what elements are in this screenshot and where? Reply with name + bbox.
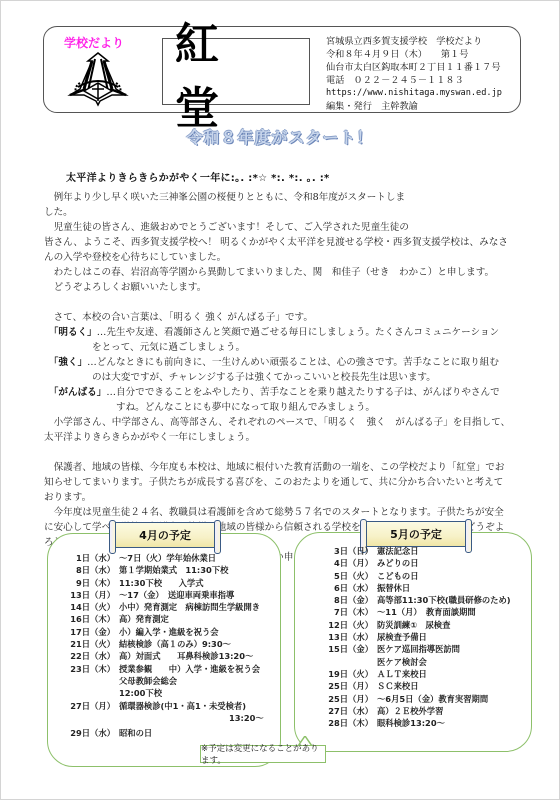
event-row: 27日（月）循環器検診(中1・高1・未受検者) — [62, 700, 264, 712]
april-schedule-title: 4月の予定 — [112, 522, 218, 548]
event-row: -父母教師会総会 — [62, 675, 264, 687]
motto-key: 「がんばる」 — [49, 387, 107, 398]
event-row: 9日（木）11:30下校 入学式 — [62, 577, 264, 589]
school-url-link[interactable]: https://www.nishitaga.myswan.ed.jp — [326, 87, 502, 100]
april-event-list: 1日（水）～7日（火）学年始休業日 8日（水）第１学期始業式 11:30下校 9… — [62, 552, 264, 739]
may-schedule-title: 5月の予定 — [363, 521, 469, 547]
newsletter-title-box: 紅 堂 — [162, 38, 310, 105]
paragraph: 例年より少し早く咲いた三神峯公園の桜便りとともに、令和8年度がスタートしま — [44, 190, 520, 205]
event-row: 23日（木）授業参観 中）入学・進級を祝う会 — [62, 663, 264, 675]
event-row: 29日（水）昭和の日 — [62, 727, 264, 739]
newsletter-title: 紅 堂 — [163, 8, 309, 136]
event-row: 13日（月）～17（金） 送迎車両乗車指導 — [62, 589, 264, 601]
paragraph: わたしはこの春、岩沼高等学園から異動してまいりました、関 和佳子（せき わかこ）… — [44, 265, 520, 280]
event-row: 27日（水）高）２Ｅ校外学習 — [317, 705, 511, 717]
event-row: 8日（水）第１学期始業式 11:30下校 — [62, 564, 264, 576]
motto-item: 「強く」…どんなときにも前向きに、一生けんめい頑張ることは、心の強さです。苦手な… — [44, 355, 520, 370]
event-row: -医ケア検討会 — [317, 656, 511, 668]
article-body: 例年より少し早く咲いた三神峯公園の桜便りとともに、令和8年度がスタートしま した… — [44, 190, 520, 565]
event-row: -13:20～ — [62, 712, 264, 724]
school-address: 仙台市太白区鈎取本町２丁目１１番１７号 — [326, 61, 502, 74]
event-row: 8日（金）高等部11:30下校(職員研修のため) — [317, 594, 511, 606]
issue-date: 令和８年４月９日（木） 第１号 — [326, 48, 502, 61]
motto-item: 「明るく」…先生や友達、看護師さんと笑顔で過ごせる毎日にしましょう。たくさんコミ… — [44, 325, 520, 340]
motto-intro: さて、本校の合い言葉は、「明るく 強く がんばる子」です。 — [44, 310, 520, 325]
event-row: 16日（木）高）発育測定 — [62, 613, 264, 625]
motto-key: 「明るく」 — [49, 327, 97, 338]
subheadline: 太平洋よりきらきらかがやく一年に:｡. :*☆ *:. *:. ｡. :* — [66, 169, 330, 184]
school-emblem-icon — [66, 49, 130, 107]
motto-item-cont: をとって、元気に過ごしましょう。 — [44, 340, 520, 355]
paragraph: 知らせしてまいります。子供たちが成長する喜びを、このおたよりを通して、共に分かち… — [44, 475, 520, 490]
event-row: 5日（火）こどもの日 — [317, 570, 511, 582]
event-row: 22日（水）高）対面式 耳鼻科検診13:20～ — [62, 650, 264, 662]
schedule-change-note: ※予定は変更になることがあります。 — [200, 745, 326, 763]
event-row: 21日（火）結核検診（高１のみ）9:30～ — [62, 638, 264, 650]
event-row: 19日（火）ＡＬＴ来校日 — [317, 668, 511, 680]
paragraph: どうぞよろしくお願いいたします。 — [44, 280, 520, 295]
paragraph: 今年度は児童生徒２４名、教職員は看護師を含めて総勢５７名でのスタートとなります。… — [44, 505, 520, 520]
paragraph: 保護者、地域の皆様、今年度も本校は、地域に根付いた教育活動の一端を、この学校だよ… — [44, 460, 520, 475]
paragraph: 児童生徒の皆さん、進級おめでとうございます！そして、ご入学された児童生徒の — [44, 220, 520, 235]
masthead: 学校だより 紅 堂 宮城県立西多賀支援学校 学校だより 令和８年４月９日（木） … — [43, 26, 521, 113]
may-event-list: 3日（日）憲法記念日 4日（月）みどりの日 5日（火）こどもの日 6日（水）振替… — [317, 545, 511, 729]
paragraph: んの入学や登校を心待ちにしていました。 — [44, 250, 520, 265]
event-row: 1日（水）～7日（火）学年始休業日 — [62, 552, 264, 564]
april-schedule: 4月の予定 1日（水）～7日（火）学年始休業日 8日（水）第１学期始業式 11:… — [47, 533, 281, 767]
event-row: 12日（火）防災訓練① 尿検査 — [317, 619, 511, 631]
school-info: 宮城県立西多賀支援学校 学校だより 令和８年４月９日（木） 第１号 仙台市太白区… — [326, 35, 502, 113]
paragraph: 太平洋よりきらきらかがやく一年にしましょう。 — [44, 430, 520, 445]
event-row: 28日（木）眼科検診13:20～ — [317, 717, 511, 729]
event-row: 7日（木）～11（月） 教育面談期間 — [317, 606, 511, 618]
event-row: 3日（日）憲法記念日 — [317, 545, 511, 557]
event-row: 25日（月）ＳＣ来校日 — [317, 680, 511, 692]
school-name: 宮城県立西多賀支援学校 学校だより — [326, 35, 502, 48]
editor: 編集・発行 主幹教諭 — [326, 100, 502, 113]
paragraph: 小学部さん、中学部さん、高等部さん、それぞれのペースで、「明るく 強く がんばる… — [44, 415, 520, 430]
paragraph: おります。 — [44, 490, 520, 505]
paragraph: 皆さん、ようこそ、西多賀支援学校へ！ 明るくかがやく太平洋を見渡せる学校・西多賀… — [44, 235, 520, 250]
motto-key: 「強く」 — [49, 357, 87, 368]
event-row: 15日（金）医ケア巡回指導医訪問 — [317, 643, 511, 655]
event-row: 4日（月）みどりの日 — [317, 557, 511, 569]
motto-item: 「がんばる」…自分でできることをふやしたり、苦手なことを乗り越えたりする子は、が… — [44, 385, 520, 400]
event-row: 25日（月）～6月5日（金）教育実習期間 — [317, 693, 511, 705]
motto-item-cont: すね。どんなことにも夢中になって取り組んでみましょう。 — [44, 400, 520, 415]
event-row: 14日（火）小中）発育測定 病棟訪問生学級開き — [62, 601, 264, 613]
may-schedule: 5月の予定 3日（日）憲法記念日 4日（月）みどりの日 5日（火）こどもの日 6… — [294, 532, 532, 752]
motto-item-cont: のは大変ですが、チャレンジする子は強くてかっこいいと校長先生は思います。 — [44, 370, 520, 385]
paragraph: した。 — [44, 205, 520, 220]
school-phone: 電話 ０２２－２４５－１１８３ — [326, 74, 502, 87]
event-row: 17日（金）小）編入学・進級を祝う会 — [62, 626, 264, 638]
event-row: -12:00下校 — [62, 687, 264, 699]
headline: 令和８年度がスタート！ — [0, 125, 560, 148]
event-row: 13日（水）尿検査予備日 — [317, 631, 511, 643]
event-row: 6日（水）振替休日 — [317, 582, 511, 594]
